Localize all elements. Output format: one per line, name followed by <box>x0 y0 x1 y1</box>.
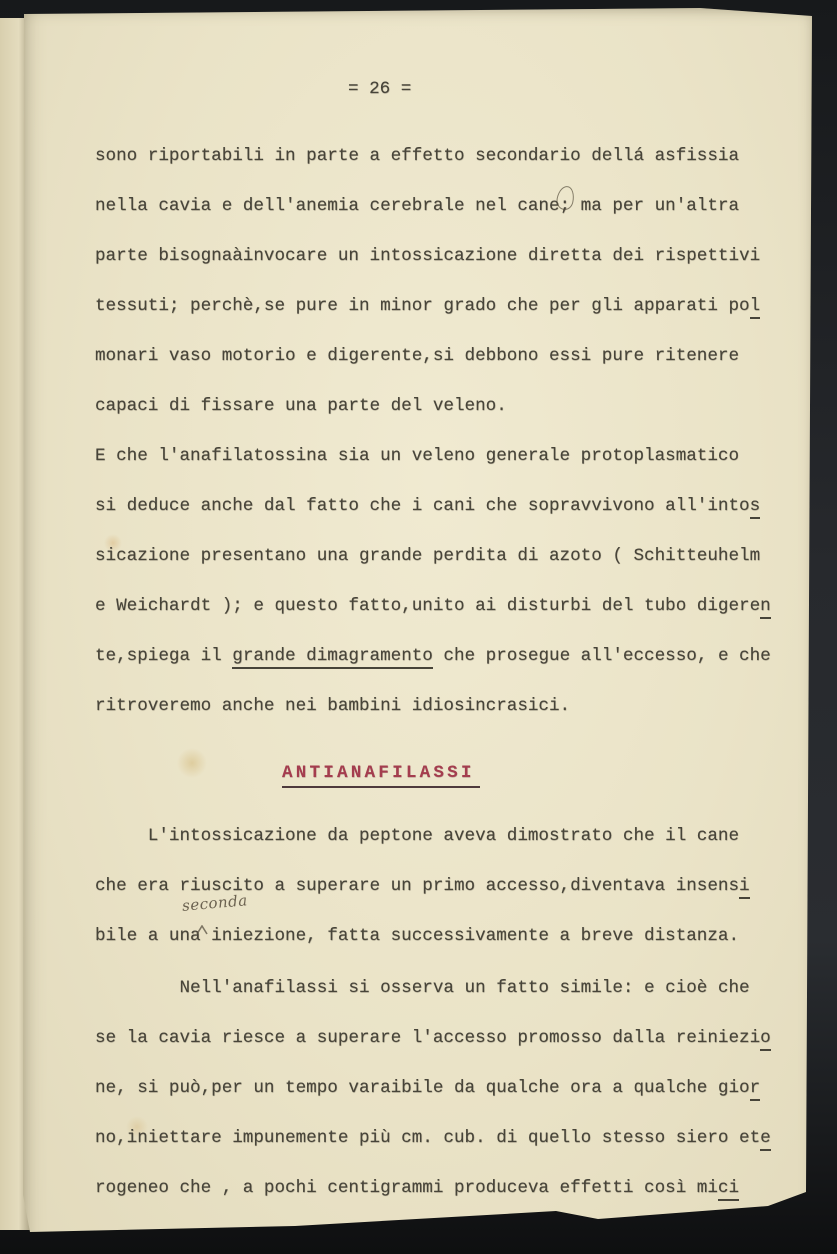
text-line: parte bisognaàinvocare un intossicazione… <box>95 231 771 281</box>
text-line: bile a una iniezione, fatta successivame… <box>95 911 750 961</box>
text-line: capaci di fissare una parte del veleno. <box>95 381 771 431</box>
text-line: nella cavia e dell'anemia cerebrale nel … <box>95 181 771 231</box>
paragraph-block-3: Nell'anafilassi si osserva un fatto simi… <box>95 963 771 1213</box>
text-line: e Weichardt ); e questo fatto,unito ai d… <box>95 581 771 631</box>
text-line: tessuti; perchè,se pure in minor grado c… <box>95 281 771 331</box>
text-line: E che l'anafilatossina sia un veleno gen… <box>95 431 771 481</box>
text-line: L'intossicazione da peptone aveva dimost… <box>95 811 750 861</box>
paragraph-block-1: sono riportabili in parte a effetto seco… <box>95 131 771 731</box>
section-heading: ANTIANAFILASSI <box>282 763 480 788</box>
text-line: si deduce anche dal fatto che i cani che… <box>95 481 771 531</box>
insertion-caret-icon <box>196 925 208 935</box>
text-line: monari vaso motorio e digerente,si debbo… <box>95 331 771 381</box>
text-line: sono riportabili in parte a effetto seco… <box>95 131 771 181</box>
text-line: rogeneo che , a pochi centigrammi produc… <box>95 1163 771 1213</box>
text-line: Nell'anafilassi si osserva un fatto simi… <box>95 963 771 1013</box>
text-line: sicazione presentano una grande perdita … <box>95 531 771 581</box>
page-number: = 26 = <box>348 79 411 99</box>
text-line: no,iniettare impunemente più cm. cub. di… <box>95 1113 771 1163</box>
text-line: te,spiega il grande dimagramento che pro… <box>95 631 771 681</box>
section-heading-text: ANTIANAFILASSI <box>282 763 480 788</box>
text-line: se la cavia riesce a superare l'accesso … <box>95 1013 771 1063</box>
text-line: ne, si può,per un tempo varaibile da qua… <box>95 1063 771 1113</box>
text-line: ritroveremo anche nei bambini idiosincra… <box>95 681 771 731</box>
paragraph-block-2: L'intossicazione da peptone aveva dimost… <box>95 811 750 961</box>
document-page: = 26 = sono riportabili in parte a effet… <box>20 8 814 1248</box>
